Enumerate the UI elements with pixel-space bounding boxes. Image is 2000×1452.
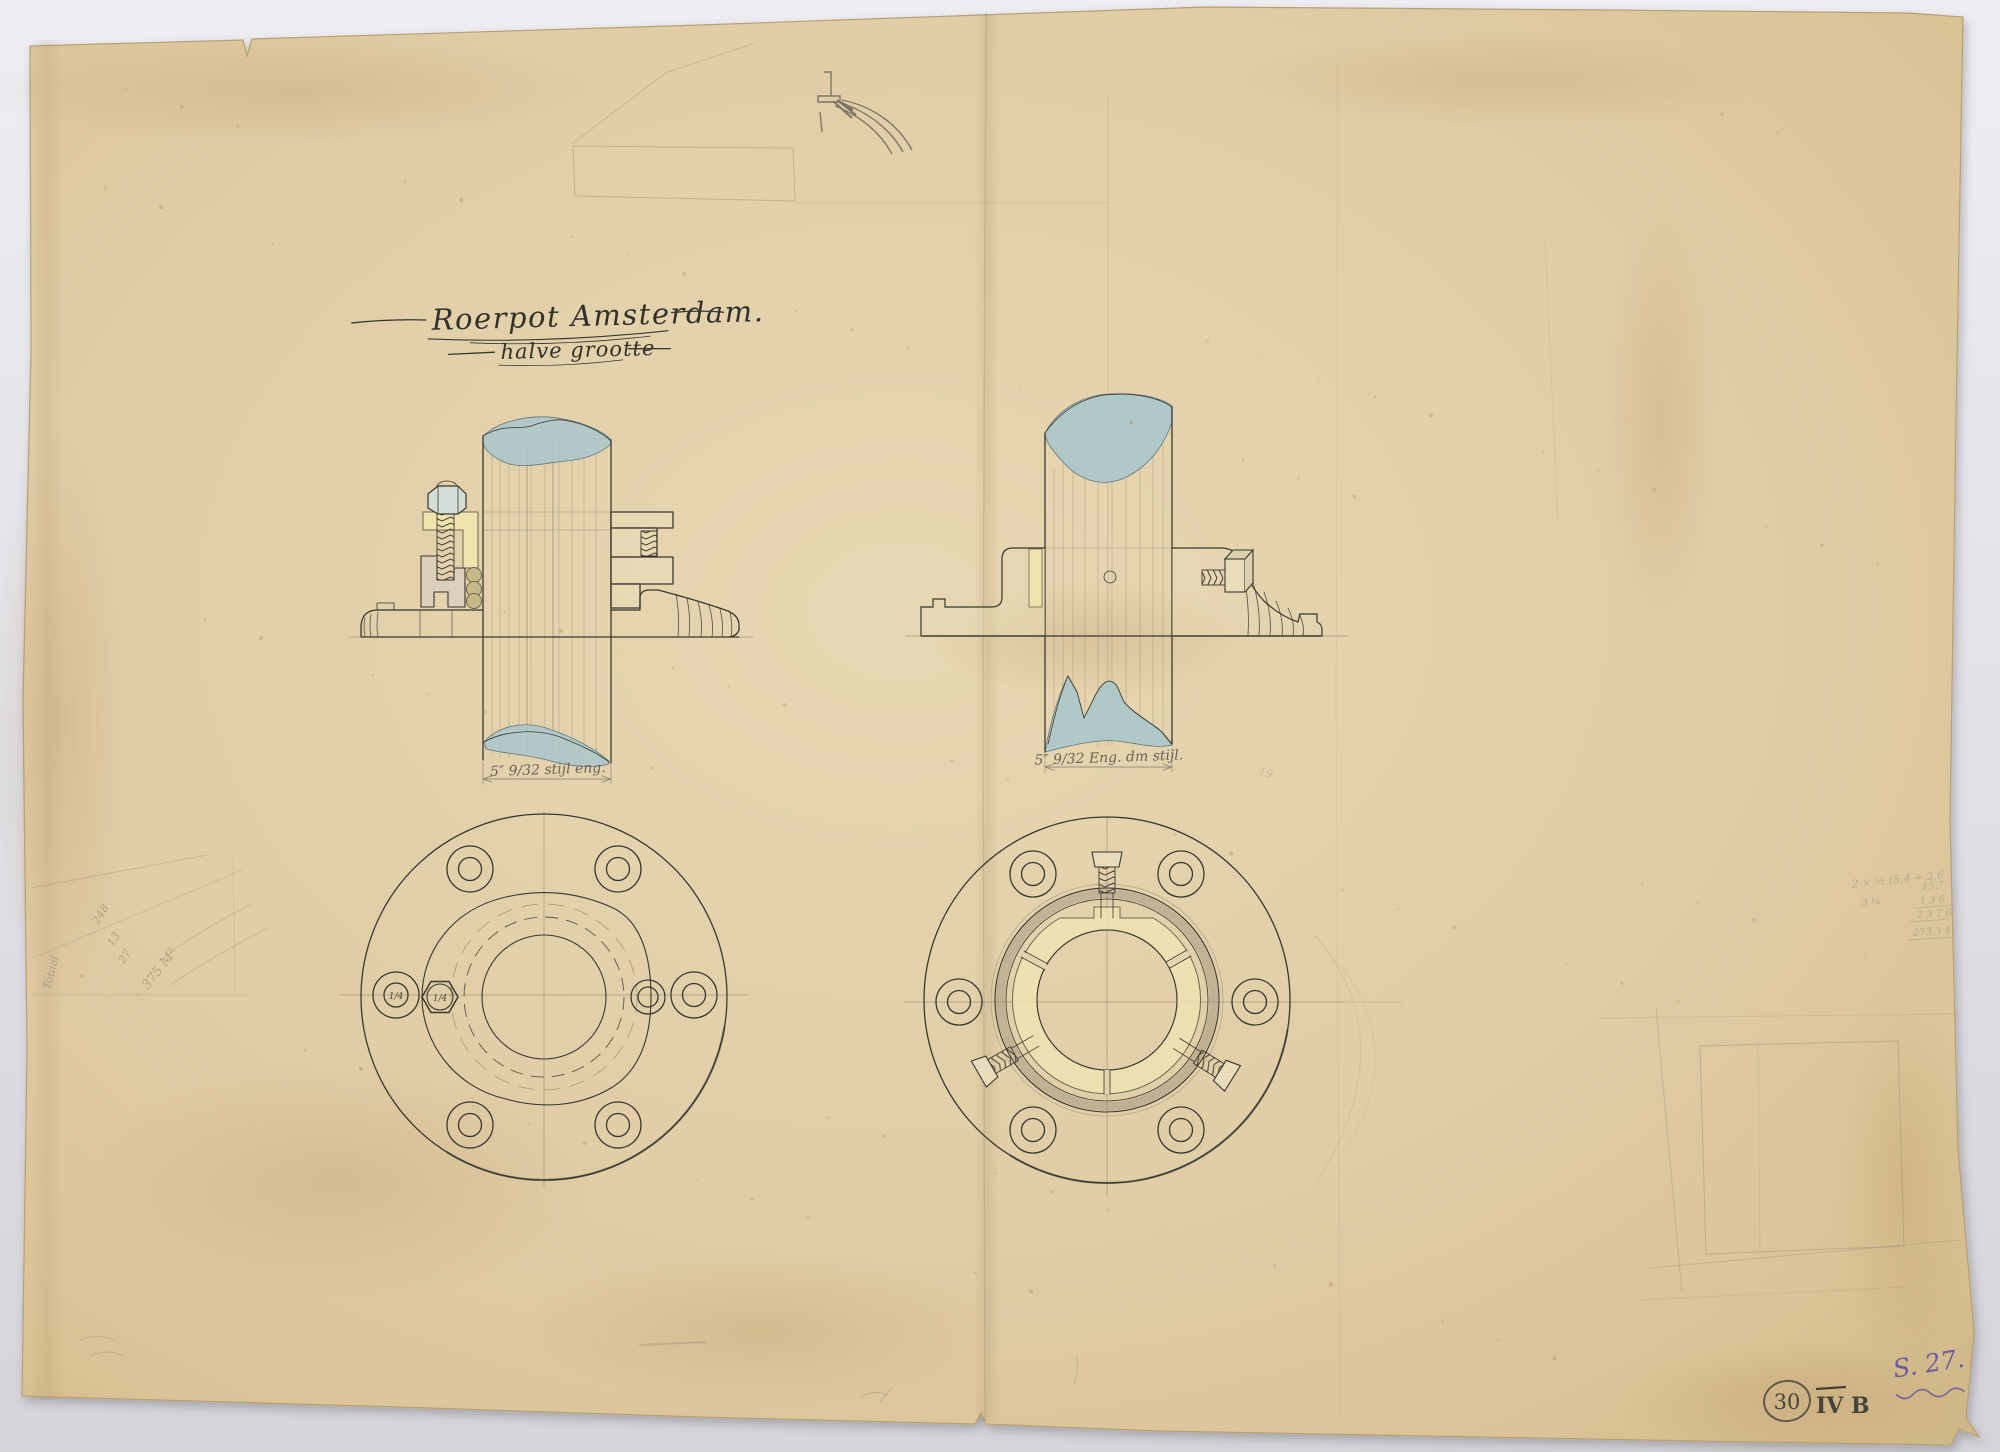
calc-row1: 1 3 6 [1919, 894, 1946, 907]
drawing-canvas: Roerpot Amsterdam. halve grootte [0, 0, 2000, 1452]
circled-number: 30 [1774, 1390, 1801, 1414]
inventory-code: IV B [1816, 1393, 1870, 1419]
packing-strip-yellow [1029, 549, 1042, 607]
calc-aside: 3 ¼ [1861, 896, 1881, 909]
packing-rings [467, 568, 482, 609]
calc-row0: 15,7 [1921, 880, 1945, 893]
scanned-drawing-page: Roerpot Amsterdam. halve grootte [0, 0, 2000, 1452]
stud-thread [641, 531, 657, 556]
hex-nut [428, 486, 466, 514]
bolt-size-label: 1/4 [389, 992, 404, 1002]
bolt-thread [437, 514, 454, 580]
nut-size-label: 1/4 [433, 994, 448, 1004]
sheet-subtitle: halve grootte [500, 336, 655, 364]
